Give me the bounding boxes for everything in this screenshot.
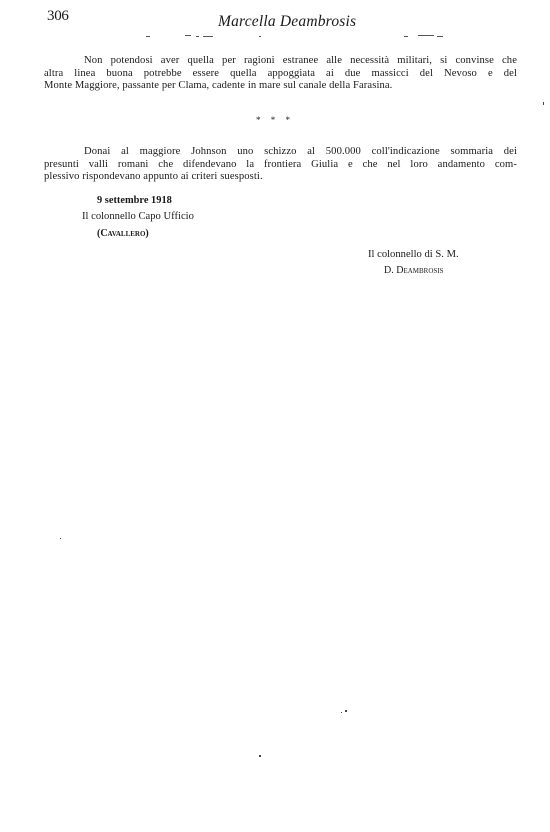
scan-rule-mark — [404, 36, 408, 37]
signature-right-name: D. Deambrosis — [384, 265, 444, 276]
scan-rule-mark — [259, 36, 261, 37]
paragraph-line: Non potendosi aver quella per ragioni es… — [44, 55, 517, 68]
scan-rule-mark — [196, 36, 199, 37]
scan-speck — [259, 755, 261, 757]
scan-speck — [60, 538, 61, 539]
paragraph-2: Donai al maggiore Johnson uno schizzo al… — [44, 146, 517, 184]
page-number: 306 — [47, 8, 69, 25]
scan-speck — [341, 712, 342, 713]
signature-left-name: (Cavallero) — [97, 228, 149, 239]
running-head: Marcella Deambrosis — [218, 13, 356, 31]
section-separator: * * * — [0, 115, 550, 125]
paragraph-line: presunti valli romani che difendevano la… — [44, 159, 517, 172]
scan-speck — [543, 102, 544, 105]
scan-rule-mark — [437, 36, 443, 37]
signature-right-title: Il colonnello di S. M. — [368, 249, 459, 260]
paragraph-line: plessivo rispondevano appunto ai criteri… — [44, 171, 517, 184]
scan-rule-mark — [203, 36, 213, 37]
paragraph-1: Non potendosi aver quella per ragioni es… — [44, 55, 517, 93]
scan-speck — [345, 710, 347, 712]
scan-rule-mark — [146, 36, 150, 37]
paragraph-line: Donai al maggiore Johnson uno schizzo al… — [44, 146, 517, 159]
paragraph-line: altra linea buona potrebbe essere quella… — [44, 68, 517, 81]
scan-rule-mark — [185, 35, 191, 36]
paragraph-line: Monte Maggiore, passante per Clama, cade… — [44, 80, 517, 93]
scan-rule-mark — [418, 35, 434, 36]
signature-left-title: Il colonnello Capo Ufficio — [82, 211, 194, 222]
signature-date: 9 settembre 1918 — [97, 195, 172, 206]
